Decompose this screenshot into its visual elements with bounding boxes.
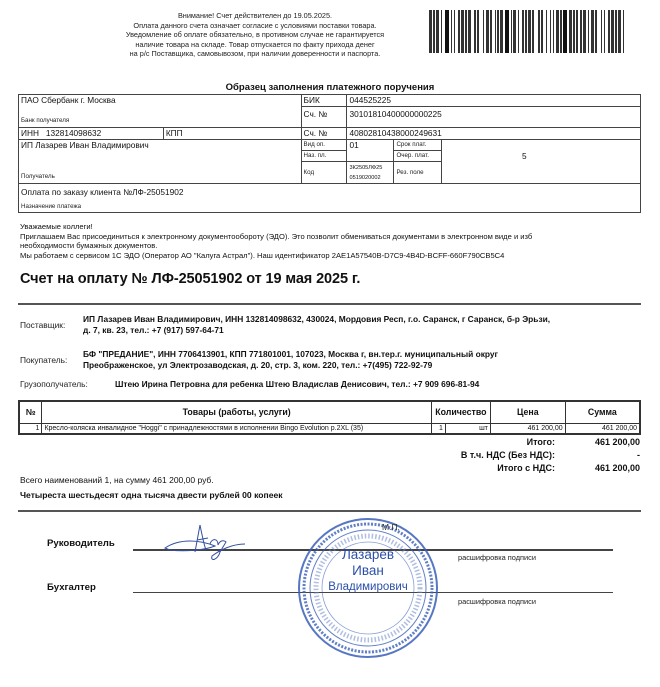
notice-line: наличие товара на складе. Товар отпускае… [110, 40, 400, 50]
edo-text: необходимости бумажных документов. [20, 241, 650, 251]
total-label: Итого: [380, 436, 555, 449]
corr-account-label: Сч. № [301, 107, 347, 128]
consignee-label: Грузополучатель: [20, 379, 88, 390]
bank-name: ПАО Сбербанк г. Москва [21, 95, 299, 105]
ocher-value: 5 [522, 151, 527, 161]
edo-greeting: Уважаемые коллеги! [20, 222, 650, 232]
vid-op-label: Вид оп. [301, 140, 347, 151]
bank-caption: Банк получателя [21, 116, 69, 126]
col-price: Цена [490, 401, 565, 423]
parties-block: Поставщик: ИП Лазарев Иван Владимирович,… [20, 314, 650, 394]
account-value: 40802810438000249631 [347, 128, 641, 140]
col-num: № [19, 401, 42, 423]
stamp-line: Лазарев [297, 547, 439, 563]
supplier-line: д. 7, кв. 23, тел.: +7 (917) 597-64-71 [83, 325, 550, 336]
supplier-value: ИП Лазарев Иван Владимирович, ИНН 132814… [83, 314, 550, 336]
col-qty: Количество [431, 401, 490, 423]
edo-text: Приглашаем Вас присоединиться к электрон… [20, 232, 650, 242]
consignee-value: Штею Ирина Петровна для ребенка Штею Вла… [115, 379, 479, 390]
notice-line: на р/с Поставщика, самовывозом, при нали… [110, 49, 400, 59]
kod-line: 0519020002 [349, 173, 391, 183]
total-vat-label: Итого с НДС: [380, 462, 555, 475]
head-label: Руководитель [47, 538, 115, 549]
kod-label: Код [301, 162, 347, 184]
bik-value: 044525225 [347, 95, 641, 107]
payment-order-table: ПАО Сбербанк г. Москва Банк получателя Б… [18, 94, 641, 213]
total-vat-value: 461 200,00 [560, 462, 640, 475]
stamp-line: Владимирович [297, 579, 439, 595]
buyer-line: БФ "ПРЕДАНИЕ", ИНН 7706413901, КПП 77180… [83, 349, 498, 360]
accountant-decode-label: расшифровка подписи [458, 597, 536, 606]
items-summary: Всего наименований 1, на сумму 461 200,0… [20, 475, 214, 485]
mp-label: М.П. [382, 522, 400, 532]
recipient-name: ИП Лазарев Иван Владимирович [21, 140, 299, 150]
bank-name-cell: ПАО Сбербанк г. Москва Банк получателя [19, 95, 302, 128]
row-unit: шт [445, 423, 490, 434]
kod-line: 3К2505ЛФ25 [349, 163, 391, 173]
ocher-label: Очер. плат. [394, 151, 442, 162]
barcode-icon [429, 10, 628, 53]
notice-line: Внимание! Счет действителен до 19.05.202… [110, 11, 400, 21]
naz-pl-label: Наз. пл. [301, 151, 347, 162]
stamp-text: Лазарев Иван Владимирович [297, 547, 439, 595]
validity-notice: Внимание! Счет действителен до 19.05.202… [110, 11, 400, 59]
buyer-line: Преображенское, ул Электрозаводская, д. … [83, 360, 498, 371]
table-row: 1 Кресло-коляска инвалидное "Hoggi" с пр… [19, 423, 640, 434]
edo-invitation: Уважаемые коллеги! Приглашаем Вас присое… [20, 222, 650, 260]
inn-label: ИНН [21, 128, 39, 138]
payment-order-title: Образец заполнения платежного поручения [0, 82, 660, 93]
row-num: 1 [19, 423, 42, 434]
srok-label: Срок плат. [394, 140, 442, 151]
payment-purpose: Оплата по заказу клиента №ЛФ-25051902 [21, 187, 638, 197]
accountant-label: Бухгалтер [47, 582, 96, 593]
signature-icon [160, 520, 250, 565]
head-decode-label: расшифровка подписи [458, 553, 536, 562]
totals-labels: Итого: В т.ч. НДС (Без НДС): Итого с НДС… [380, 436, 555, 475]
vat-value: - [560, 449, 640, 462]
col-goods: Товары (работы, услуги) [42, 401, 432, 423]
vat-label: В т.ч. НДС (Без НДС): [380, 449, 555, 462]
stamp-seal: Лазарев Иван Владимирович [297, 517, 439, 659]
edo-identifier: Мы работаем с сервисом 1С ЭДО (Оператор … [20, 251, 650, 261]
corr-account-value: 30101810400000000225 [347, 107, 641, 128]
buyer-value: БФ "ПРЕДАНИЕ", ИНН 7706413901, КПП 77180… [83, 349, 498, 371]
row-name: Кресло-коляска инвалидное "Hoggi" с прин… [42, 423, 432, 434]
row-price: 461 200,00 [490, 423, 565, 434]
row-sum: 461 200,00 [565, 423, 640, 434]
inn-value: 132814098632 [46, 128, 101, 138]
vid-op-value: 01 [347, 140, 394, 162]
totals-values: 461 200,00 - 461 200,00 [560, 436, 640, 475]
goods-table: № Товары (работы, услуги) Количество Цен… [18, 400, 641, 435]
purpose-cell: Оплата по заказу клиента №ЛФ-25051902 На… [19, 184, 641, 213]
total-value: 461 200,00 [560, 436, 640, 449]
rez-label: Рез. поле [394, 162, 442, 184]
supplier-line: ИП Лазарев Иван Владимирович, ИНН 132814… [83, 314, 550, 325]
extra-cell [442, 140, 641, 184]
recipient-cell: ИП Лазарев Иван Владимирович Получатель [19, 140, 302, 184]
amount-in-words: Четыреста шестьдесят одна тысяча двести … [20, 490, 283, 500]
notice-line: Уведомление об оплате обязательно, в про… [110, 30, 400, 40]
divider [18, 303, 641, 305]
supplier-label: Поставщик: [20, 320, 65, 331]
bik-label: БИК [301, 95, 347, 107]
kpp-cell: КПП [163, 128, 301, 140]
purpose-caption: Назначение платежа [21, 202, 81, 212]
inn-cell: ИНН 132814098632 [19, 128, 164, 140]
recipient-caption: Получатель [21, 172, 55, 182]
divider [18, 510, 641, 512]
account-label: Сч. № [301, 128, 347, 140]
notice-line: Оплата данного счета означает согласие с… [110, 21, 400, 31]
invoice-title: Счет на оплату № ЛФ-25051902 от 19 мая 2… [20, 271, 360, 287]
col-sum: Сумма [565, 401, 640, 423]
kod-value: 3К2505ЛФ25 0519020002 [347, 162, 394, 184]
stamp-line: Иван [297, 563, 439, 579]
kpp-label: КПП [166, 128, 183, 138]
buyer-label: Покупатель: [20, 355, 67, 366]
row-qty: 1 [431, 423, 445, 434]
